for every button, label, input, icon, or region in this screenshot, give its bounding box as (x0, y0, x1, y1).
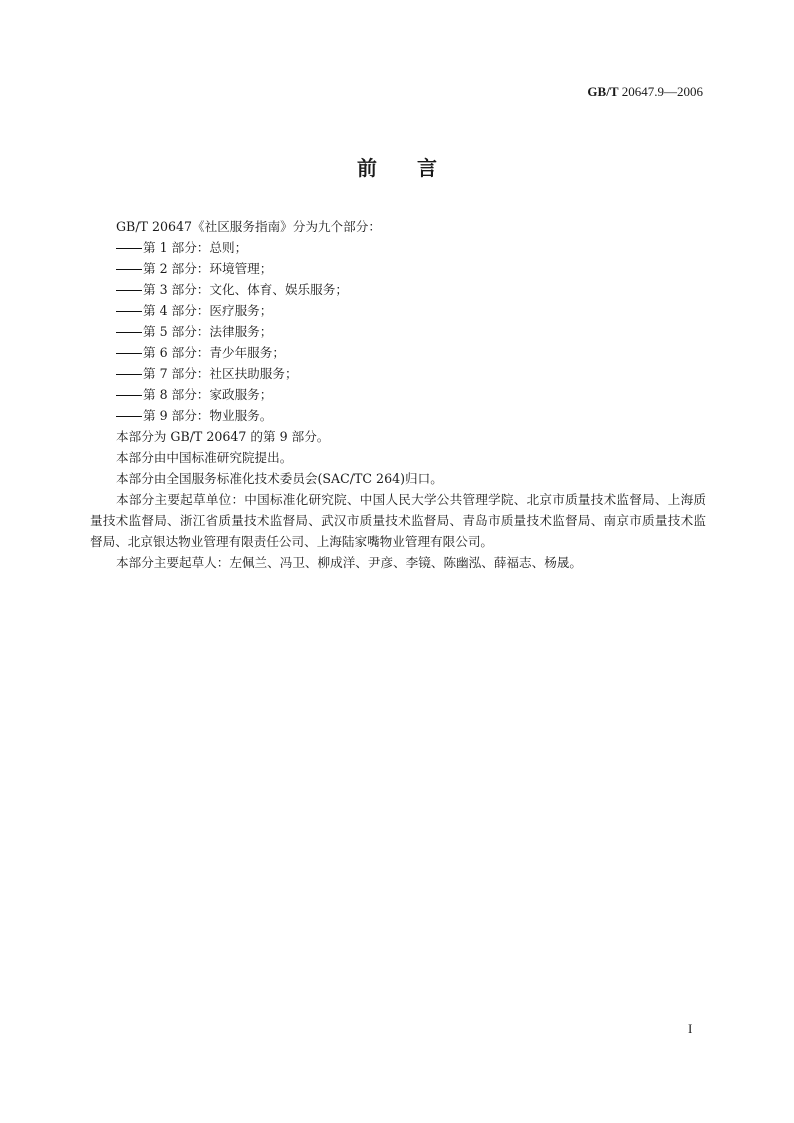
part-item: 第 8 部分：家政服务； (90, 384, 706, 405)
part-item: 第 4 部分：医疗服务； (90, 300, 706, 321)
paragraph-drafters: 本部分主要起草人：左佩兰、冯卫、柳成洋、尹彦、李镜、陈幽泓、薛福志、杨晟。 (90, 552, 706, 573)
dash-icon (116, 353, 142, 354)
paragraph-part-number: 本部分为 GB/T 20647 的第 9 部分。 (90, 426, 706, 447)
part-item: 第 3 部分：文化、体育、娱乐服务； (90, 279, 706, 300)
part-item: 第 7 部分：社区扶助服务； (90, 363, 706, 384)
dash-icon (116, 269, 142, 270)
paragraph-proposer: 本部分由中国标准研究院提出。 (90, 447, 706, 468)
part-item: 第 2 部分：环境管理； (90, 258, 706, 279)
standard-prefix: GB/T (587, 84, 618, 99)
part-item: 第 9 部分：物业服务。 (90, 405, 706, 426)
page-title: 前言 (0, 152, 794, 181)
standard-number: 20647.9—2006 (622, 84, 703, 99)
dash-icon (116, 416, 142, 417)
part-item: 第 1 部分：总则； (90, 237, 706, 258)
part-item: 第 5 部分：法律服务； (90, 321, 706, 342)
page-number: I (688, 1021, 692, 1037)
foreword-body: GB/T 20647《社区服务指南》分为九个部分： 第 1 部分：总则； 第 2… (90, 216, 706, 573)
part-item: 第 6 部分：青少年服务； (90, 342, 706, 363)
standard-code: GB/T 20647.9—2006 (587, 84, 703, 100)
paragraph-committee: 本部分由全国服务标准化技术委员会(SAC/TC 264)归口。 (90, 468, 706, 489)
dash-icon (116, 332, 142, 333)
intro-line: GB/T 20647《社区服务指南》分为九个部分： (90, 216, 706, 237)
dash-icon (116, 311, 142, 312)
dash-icon (116, 290, 142, 291)
paragraph-drafting-units: 本部分主要起草单位：中国标准化研究院、中国人民大学公共管理学院、北京市质量技术监… (90, 489, 706, 552)
dash-icon (116, 374, 142, 375)
dash-icon (116, 248, 142, 249)
dash-icon (116, 395, 142, 396)
